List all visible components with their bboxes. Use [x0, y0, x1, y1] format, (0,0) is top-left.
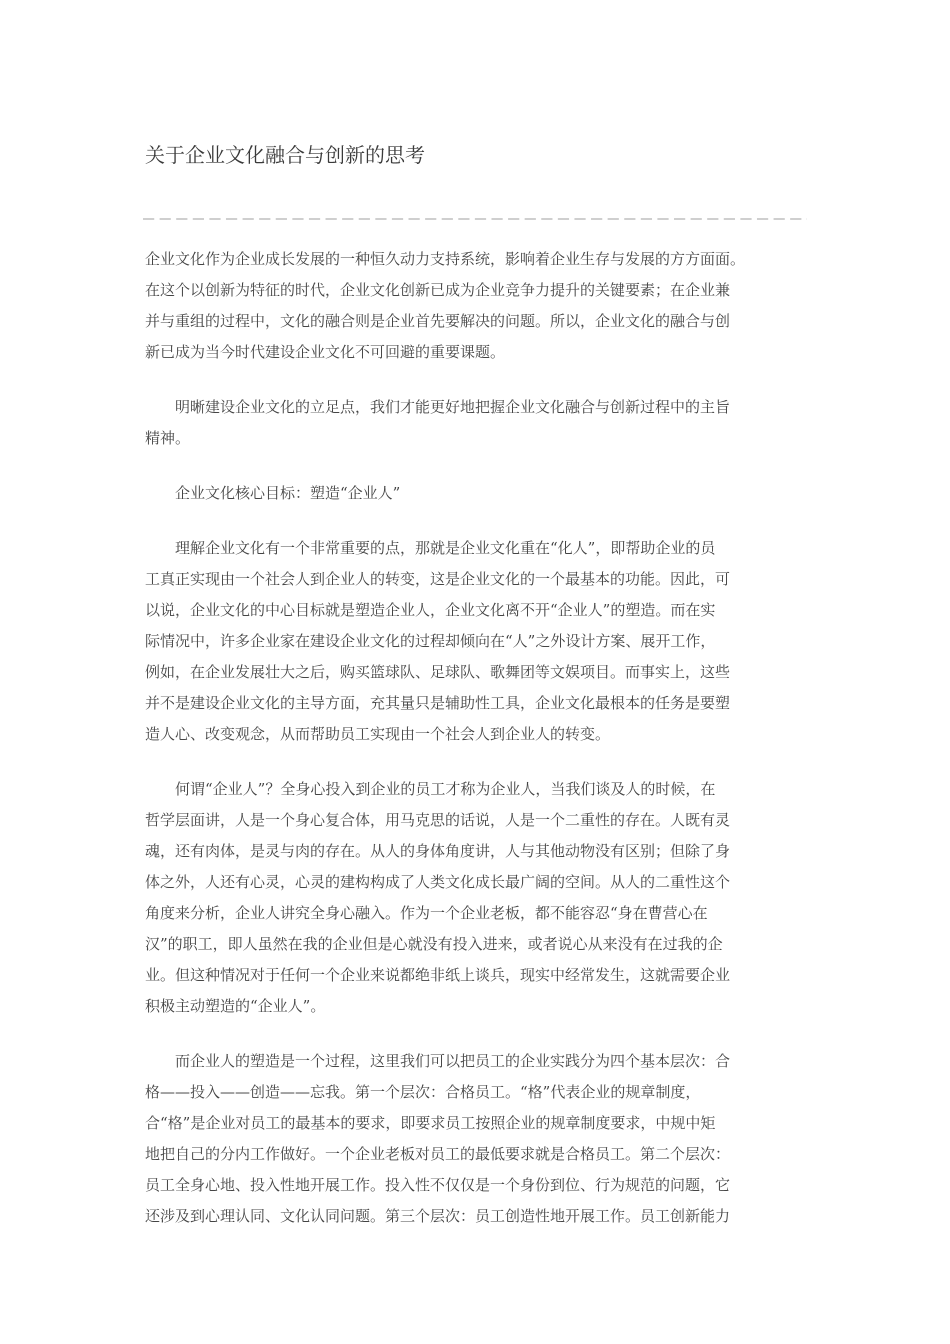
text-line: 工真正实现由一个社会人到企业人的转变，这是企业文化的一个最基本的功能。因此，可 — [145, 564, 809, 595]
text-line: 企业文化作为企业成长发展的一种恒久动力支持系统，影响着企业生存与发展的方方面面。 — [145, 244, 809, 275]
text-line: 角度来分析，企业人讲究全身心融入。作为一个企业老板，都不能容忍“身在曹营心在 — [145, 898, 809, 929]
text-line: 积极主动塑造的“企业人”。 — [145, 991, 809, 1022]
text-line: 业。但这种情况对于任何一个企业来说都绝非纸上谈兵，现实中经常发生，这就需要企业 — [145, 960, 809, 991]
text-line: 造人心、改变观念，从而帮助员工实现由一个社会人到企业人的转变。 — [145, 719, 809, 750]
dashed-divider — [143, 218, 807, 220]
text-line: 例如，在企业发展壮大之后，购买篮球队、足球队、歌舞团等文娱项目。而事实上，这些 — [145, 657, 809, 688]
text-line: 以说，企业文化的中心目标就是塑造企业人，企业文化离不开“企业人”的塑造。而在实 — [145, 595, 809, 626]
text-line: 何谓“企业人”？全身心投入到企业的员工才称为企业人，当我们谈及人的时候，在 — [145, 774, 809, 805]
paragraph-foundation: 明晰建设企业文化的立足点，我们才能更好地把握企业文化融合与创新过程中的主旨 精神… — [145, 392, 809, 454]
text-line: 精神。 — [145, 423, 809, 454]
text-line: 还涉及到心理认同、文化认同问题。第三个层次：员工创造性地开展工作。员工创新能力 — [145, 1201, 809, 1232]
paragraph-four-levels: 而企业人的塑造是一个过程，这里我们可以把员工的企业实践分为四个基本层次：合 格—… — [145, 1046, 809, 1232]
text-line: 体之外，人还有心灵，心灵的建构构成了人类文化成长最广阔的空间。从人的二重性这个 — [145, 867, 809, 898]
text-line: 员工全身心地、投入性地开展工作。投入性不仅仅是一个身份到位、行为规范的问题，它 — [145, 1170, 809, 1201]
text-line: 理解企业文化有一个非常重要的点，那就是企业文化重在“化人”，即帮助企业的员 — [145, 533, 809, 564]
text-line: 魂，还有肉体，是灵与肉的存在。从人的身体角度讲，人与其他动物没有区别；但除了身 — [145, 836, 809, 867]
text-line: 新已成为当今时代建设企业文化不可回避的重要课题。 — [145, 337, 809, 368]
text-line: 而企业人的塑造是一个过程，这里我们可以把员工的企业实践分为四个基本层次：合 — [145, 1046, 809, 1077]
text-line: 明晰建设企业文化的立足点，我们才能更好地把握企业文化融合与创新过程中的主旨 — [145, 392, 809, 423]
text-line: 合“格”是企业对员工的最基本的要求，即要求员工按照企业的规章制度要求，中规中矩 — [145, 1108, 809, 1139]
text-line: 格——投入——创造——忘我。第一个层次：合格员工。“格”代表企业的规章制度， — [145, 1077, 809, 1108]
text-line: 并不是建设企业文化的主导方面，充其量只是辅助性工具，企业文化最根本的任务是要塑 — [145, 688, 809, 719]
text-line: 际情况中，许多企业家在建设企业文化的过程却倾向在“人”之外设计方案、展开工作， — [145, 626, 809, 657]
text-line: 在这个以创新为特征的时代，企业文化创新已成为企业竞争力提升的关键要素；在企业兼 — [145, 275, 809, 306]
article-body: 企业文化作为企业成长发展的一种恒久动力支持系统，影响着企业生存与发展的方方面面。… — [145, 244, 809, 1256]
paragraph-intro: 企业文化作为企业成长发展的一种恒久动力支持系统，影响着企业生存与发展的方方面面。… — [145, 244, 809, 368]
section-heading-core-goal: 企业文化核心目标：塑造“企业人” — [145, 478, 809, 509]
text-line: 哲学层面讲，人是一个身心复合体，用马克思的话说，人是一个二重性的存在。人既有灵 — [145, 805, 809, 836]
paragraph-cultivate-people: 理解企业文化有一个非常重要的点，那就是企业文化重在“化人”，即帮助企业的员 工真… — [145, 533, 809, 750]
paragraph-what-is-enterprise-person: 何谓“企业人”？全身心投入到企业的员工才称为企业人，当我们谈及人的时候，在 哲学… — [145, 774, 809, 1022]
text-line: 汉”的职工，即人虽然在我的企业但是心就没有投入进来，或者说心从来没有在过我的企 — [145, 929, 809, 960]
article-title: 关于企业文化融合与创新的思考 — [145, 141, 425, 169]
text-line: 企业文化核心目标：塑造“企业人” — [145, 478, 809, 509]
text-line: 并与重组的过程中，文化的融合则是企业首先要解决的问题。所以，企业文化的融合与创 — [145, 306, 809, 337]
text-line: 地把自己的分内工作做好。一个企业老板对员工的最低要求就是合格员工。第二个层次： — [145, 1139, 809, 1170]
